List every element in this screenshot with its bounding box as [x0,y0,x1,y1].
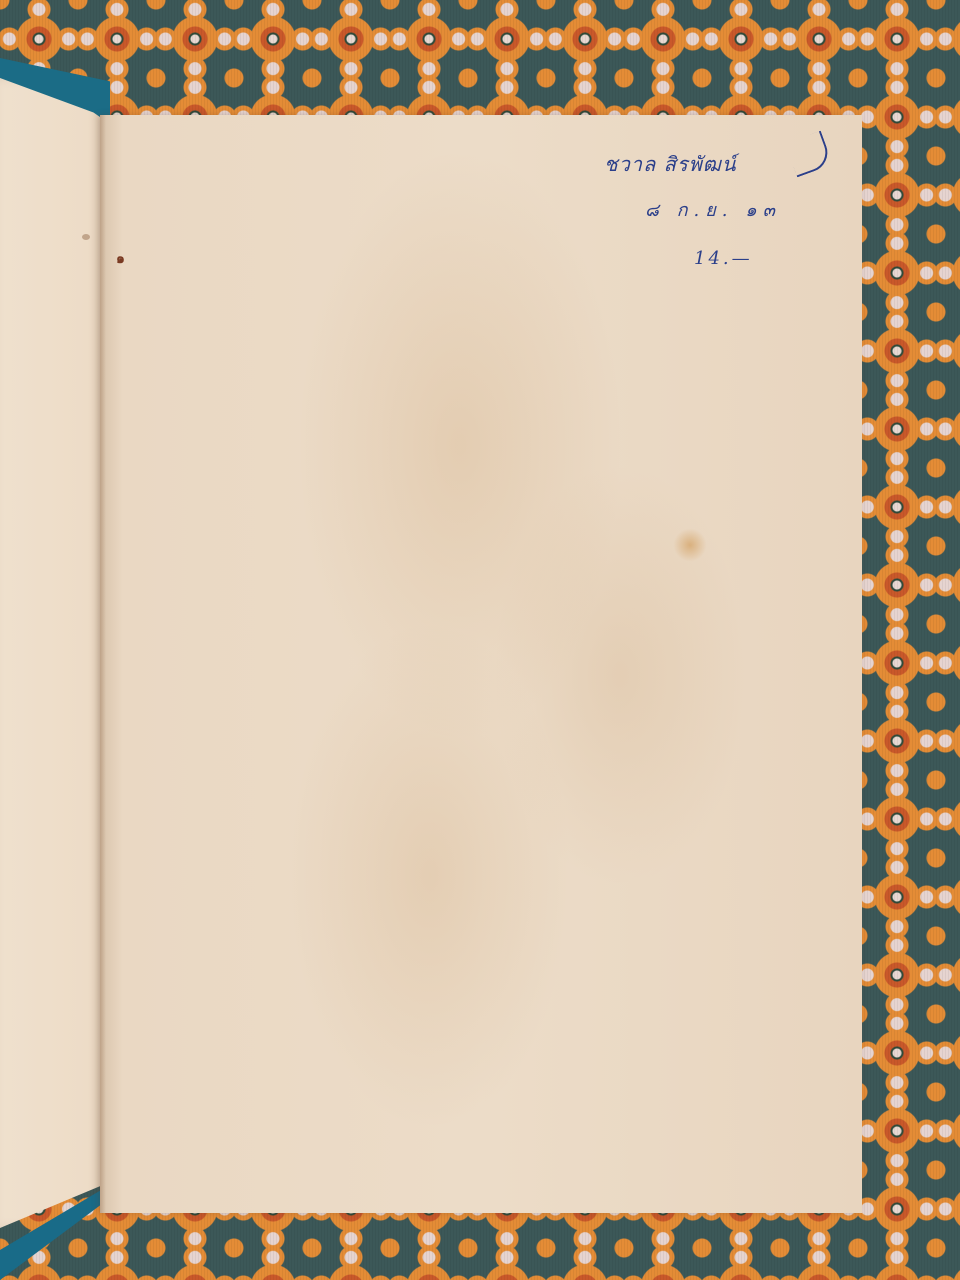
faint-mark [82,234,90,240]
left-page [0,78,110,1228]
flyleaf-page [100,115,862,1213]
pencil-mark: ๑ [116,248,125,270]
inscription-owner-name: ชวาล สิรพัฒน์ [604,148,737,180]
inscription-price: 14.— [694,248,753,269]
inscription-date: ๘ ก.ย. ๑๓ [645,195,781,224]
page-gutter [100,115,106,1213]
